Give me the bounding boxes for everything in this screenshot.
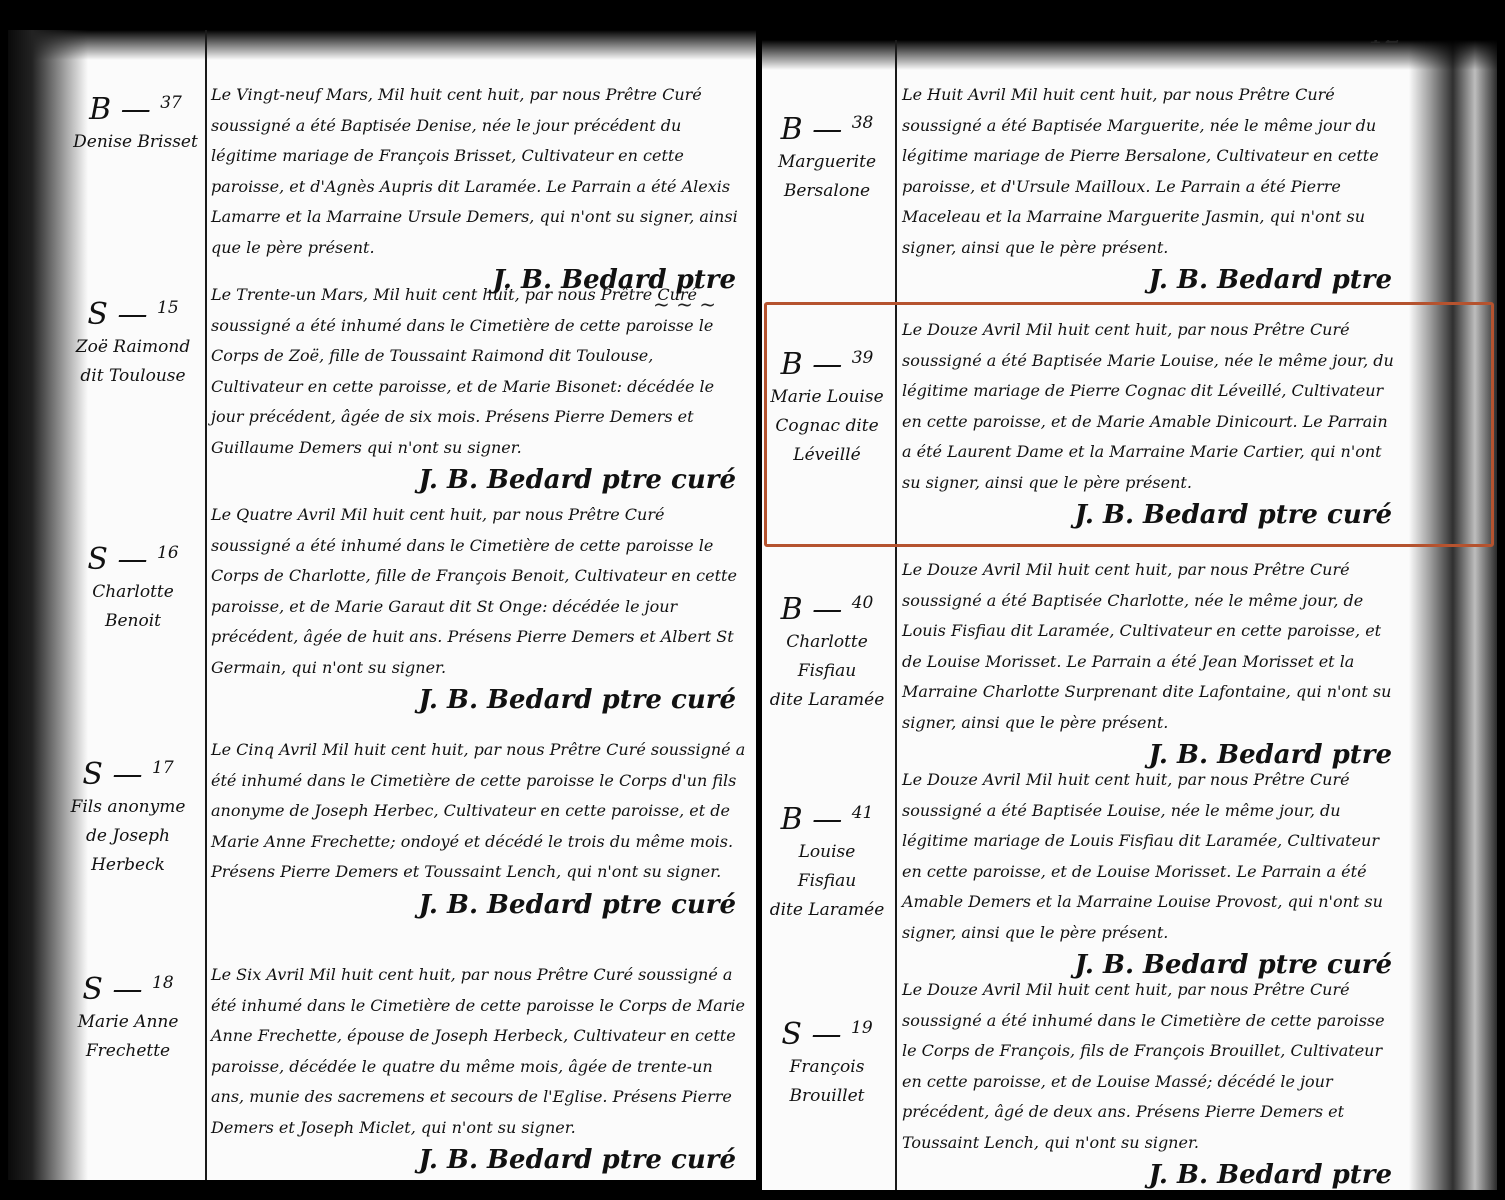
record-name: Fisfiau <box>762 867 892 896</box>
record-name: Denise Brisset <box>68 128 203 157</box>
margin-note: S — 19 François Brouillet <box>762 1010 892 1111</box>
margin-note: B — 41 Louise Fisfiau dite Laramée <box>762 795 892 925</box>
record-name: dite Laramée <box>762 896 892 925</box>
register-entry: Le Huit Avril Mil huit cent huit, par no… <box>902 80 1402 297</box>
margin-note: B — 37 Denise Brisset <box>68 85 203 157</box>
record-name: de Joseph <box>53 822 203 851</box>
margin-rule <box>205 30 207 1180</box>
register-entry: Le Cinq Avril Mil huit cent huit, par no… <box>211 735 746 922</box>
margin-note: S — 15 Zoë Raimond dit Toulouse <box>63 290 203 391</box>
record-name: Brouillet <box>762 1082 892 1111</box>
record-name: Charlotte <box>63 578 203 607</box>
margin-note: S — 18 Marie Anne Frechette <box>53 965 203 1066</box>
entry-text: Le Vingt-neuf Mars, Mil huit cent huit, … <box>211 85 743 257</box>
register-entry: Le Douze Avril Mil huit cent huit, par n… <box>902 975 1402 1190</box>
margin-note: B — 39 Marie Louise Cognac dite Léveillé <box>762 340 892 470</box>
page-header: Reneau 12 <box>1349 40 1403 50</box>
margin-note: B — 40 Charlotte Fisfiau dite Laramée <box>762 585 892 715</box>
entry-text: Le Six Avril Mil huit cent huit, par nou… <box>211 965 750 1137</box>
record-name: Benoit <box>63 607 203 636</box>
page-number: 12 <box>1349 40 1403 50</box>
entry-text: Le Quatre Avril Mil huit cent huit, par … <box>211 505 742 677</box>
margin-note: B — 38 Marguerite Bersalone <box>762 105 892 206</box>
record-name: dite Laramée <box>762 686 892 715</box>
record-code: B — 37 <box>68 85 203 128</box>
register-entry: Le Douze Avril Mil huit cent huit, par n… <box>902 765 1402 982</box>
record-name: Fils anonyme <box>53 793 203 822</box>
priest-signature: J. B. Bedard ptre curé <box>211 683 746 717</box>
entry-text: Le Cinq Avril Mil huit cent huit, par no… <box>211 740 750 881</box>
entry-text: Le Douze Avril Mil huit cent huit, par n… <box>902 980 1390 1152</box>
register-entry: Le Six Avril Mil huit cent huit, par nou… <box>211 960 746 1177</box>
record-name: Zoë Raimond <box>63 333 203 362</box>
record-name: Louise <box>762 838 892 867</box>
record-name: Marie Louise <box>762 383 892 412</box>
entry-text: Le Huit Avril Mil huit cent huit, par no… <box>902 85 1384 257</box>
margin-note: S — 16 Charlotte Benoit <box>63 535 203 636</box>
margin-note: S — 17 Fils anonyme de Joseph Herbeck <box>53 750 203 880</box>
record-name: Herbeck <box>53 851 203 880</box>
entry-text: Le Douze Avril Mil huit cent huit, par n… <box>902 770 1388 942</box>
register-entry-highlighted: Le Douze Avril Mil huit cent huit, par n… <box>902 315 1402 532</box>
record-name: Marie Anne <box>53 1008 203 1037</box>
record-name: Frechette <box>53 1037 203 1066</box>
register-entry: Le Vingt-neuf Mars, Mil huit cent huit, … <box>211 80 746 311</box>
record-name: dit Toulouse <box>63 362 203 391</box>
page-edge-shadow <box>8 30 756 60</box>
entry-text: Le Douze Avril Mil huit cent huit, par n… <box>902 320 1399 492</box>
left-page: B — 37 Denise Brisset Le Vingt-neuf Mars… <box>8 30 756 1180</box>
priest-signature: J. B. Bedard ptre curé <box>211 463 746 497</box>
record-name: Marguerite <box>762 148 892 177</box>
priest-signature: J. B. Bedard ptre <box>902 1158 1402 1190</box>
record-name: Cognac dite <box>762 412 892 441</box>
register-entry: Le Douze Avril Mil huit cent huit, par n… <box>902 555 1402 772</box>
record-name: Charlotte <box>762 628 892 657</box>
entry-text: Le Trente-un Mars, Mil huit cent huit, p… <box>211 285 719 457</box>
record-name: Léveillé <box>762 441 892 470</box>
register-entry: Le Trente-un Mars, Mil huit cent huit, p… <box>211 280 746 497</box>
record-name: Fisfiau <box>762 657 892 686</box>
record-name: Bersalone <box>762 177 892 206</box>
priest-signature: J. B. Bedard ptre curé <box>211 1143 746 1177</box>
margin-rule <box>895 40 897 1190</box>
right-page: Reneau 12 B — 38 Marguerite Bersalone Le… <box>762 40 1497 1190</box>
record-name: François <box>762 1053 892 1082</box>
priest-signature: J. B. Bedard ptre curé <box>902 498 1402 532</box>
priest-signature: J. B. Bedard ptre curé <box>211 888 746 922</box>
entry-text: Le Douze Avril Mil huit cent huit, par n… <box>902 560 1396 732</box>
register-entry: Le Quatre Avril Mil huit cent huit, par … <box>211 500 746 717</box>
priest-signature: J. B. Bedard ptre <box>902 263 1402 297</box>
